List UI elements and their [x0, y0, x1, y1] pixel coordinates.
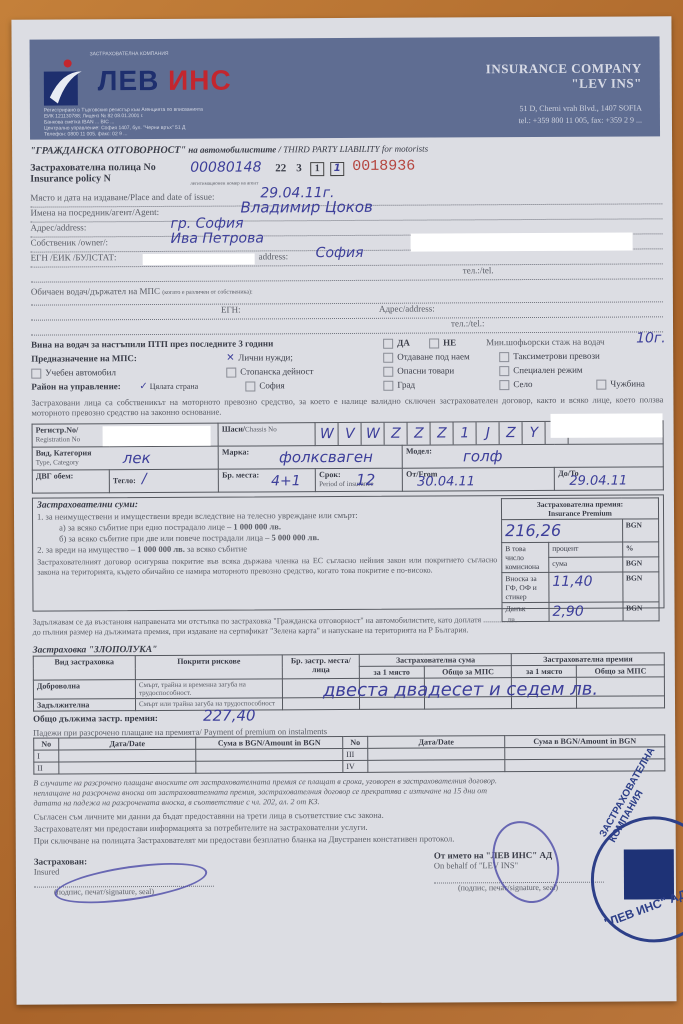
option-label: Град [397, 380, 415, 390]
col-sum-per-seat: за 1 място [359, 666, 424, 678]
sums-line1b: б) за всяко събитие при две или повече п… [59, 532, 269, 543]
brand-ins: ИНС [168, 65, 232, 96]
chassis-char: 1 [454, 422, 477, 444]
contact-line: tel.: +359 800 11 005, fax: +359 2 9 ... [519, 114, 642, 127]
vehicle-table: Регистр.No/ Registration No Шаси/Chassis… [32, 420, 664, 493]
purpose-option[interactable]: Специален режим [499, 365, 582, 376]
chassis-char: Z [431, 422, 454, 444]
amount-in-words: двеста двадесет и седем лв. [323, 679, 598, 701]
sums-line1a: а) за всяко събитие при едно пострадало … [59, 522, 231, 533]
registration-cell: Регистр.No/ Registration No [32, 423, 218, 447]
policy-number-handwritten: 00080148 [190, 159, 261, 175]
purpose-label: Предназначение на МПС: [31, 353, 137, 364]
sum-label: сума [549, 557, 623, 572]
driver-label: Обичаен водач/държател на МПС [31, 286, 160, 297]
policy-number-row: Застрахователна полица No Insurance poli… [30, 159, 662, 192]
instalment-notes: В случаите на разсрочено плащане вноскит… [33, 775, 665, 808]
reg-label: Регистр.No/ [36, 425, 79, 434]
percent-label: процент [549, 542, 623, 557]
purpose-option[interactable]: Учебен автомобил [31, 367, 116, 378]
company-name-en: INSURANCE COMPANY "LEV INS" [486, 60, 642, 91]
checkbox[interactable] [383, 381, 393, 391]
row-type: Задължителна [33, 699, 135, 712]
option-label: Село [513, 379, 532, 389]
instalment-no: IV [343, 760, 368, 772]
sums-line1b-amount: 5 000 000 лв. [272, 532, 320, 542]
chassis-char: W [362, 423, 385, 445]
seats-label: Бр. места: [222, 470, 259, 479]
address-label: Адрес/address: [30, 222, 86, 232]
driver-fault-label: Вина на водач за настъпили ПТП през посл… [31, 338, 273, 349]
redacted-registration [103, 426, 211, 447]
driver-address-label: Адрес/address: [379, 304, 435, 314]
weight-value: / [142, 471, 147, 487]
title-bg-suffix: на автомобилистите / [188, 144, 281, 154]
yes-label: ДА [397, 338, 410, 348]
brand-name: ЛЕВ ИНС [98, 65, 232, 98]
green-card-note: Задължавам се да възстановя направената … [33, 614, 665, 637]
signatures: Застрахован: Insured (подпис, печат/sign… [34, 849, 666, 912]
owner-value: Ива Петрова [171, 230, 264, 246]
policy-box-1: 1 [310, 162, 324, 176]
checked-x-icon[interactable]: ✕ [226, 355, 234, 363]
company-line1: INSURANCE COMPANY [486, 60, 642, 76]
checkbox[interactable] [499, 366, 509, 376]
total-label: Общо дължима застр. премия: [33, 713, 158, 724]
option-label: Лични нужди; [238, 352, 293, 362]
form-title: "ГРАЖДАНСКА ОТГОВОРНОСТ" на автомобилист… [30, 142, 662, 156]
from-value: 30.04.11 [417, 474, 475, 489]
policy-serial-number: 0018936 [352, 158, 415, 175]
option-label: София [259, 380, 284, 390]
weight-cell: Тегло:/ [109, 469, 218, 493]
term-cell: Срок:Period of insurance12 [316, 468, 403, 491]
seats-value: 4+1 [271, 473, 301, 489]
checkbox[interactable] [499, 352, 509, 362]
fault-yes-option[interactable]: ДА [383, 338, 410, 349]
owner-address-label: address: [259, 251, 289, 261]
make-value: фолксваген [279, 448, 373, 466]
reg-line: Телефон: 0800 11 005, факс: 02 9 ... [44, 131, 203, 138]
agent-label: Имена на посредник/агент/Agent: [30, 207, 159, 218]
fund-value: 11,40 [552, 574, 592, 590]
no-label: НЕ [443, 337, 456, 347]
instalment-no: I [34, 750, 59, 762]
engine-label: ДВГ обем: [36, 471, 74, 480]
currency: BGN [622, 557, 658, 572]
col-date: Дата/Date [368, 736, 505, 749]
region-option[interactable]: ✓ Цялата страна [139, 381, 198, 392]
region-option[interactable]: Град [383, 380, 415, 391]
type-value: лек [123, 449, 151, 467]
driver-tel-label: тел.:/tel.: [451, 318, 484, 328]
driver-note: (когато е различен от собственика): [162, 289, 253, 295]
title-bg: "ГРАЖДАНСКА ОТГОВОРНОСТ" [30, 145, 186, 157]
premium-title-cell: Застрахователна премия:Insurance Premium [501, 498, 658, 520]
col-no: No [34, 738, 59, 750]
option-label: Учебен автомобил [45, 367, 116, 377]
type-label-en: Type, Category [36, 458, 79, 466]
chassis-char: Z [408, 423, 431, 445]
col-type: Вид застраховка [33, 656, 135, 681]
term-label: Срок: [319, 470, 341, 479]
checkbox[interactable] [383, 367, 393, 377]
option-label: Таксиметрови превози [513, 351, 600, 361]
col-premium-total: Общо за МПС [577, 665, 665, 677]
chassis-label-en: Chassis No [245, 425, 277, 433]
total-value: 227,40 [203, 706, 256, 724]
col-seats: Бр. застр. места/лица [282, 654, 359, 678]
reg-label-en: Registration No [36, 435, 81, 443]
owner-label: Собственик /owner/: [31, 237, 109, 247]
instalment-no: III [343, 748, 368, 760]
company-line2: "LEV INS" [486, 75, 642, 91]
premium-value: 216,26 [505, 521, 561, 540]
row-risks: Смърт, трайна и временна загуба на трудо… [135, 679, 282, 699]
purpose-section: Предназначение на МПС: ✕Лични нужди; Отд… [31, 350, 663, 395]
min-experience-value: 10г. [636, 330, 666, 346]
checkbox[interactable] [383, 339, 393, 349]
sums-premium-block: Застрахователни суми: 1. за неимуществен… [32, 494, 665, 611]
purpose-option[interactable]: Отдаване под наем [383, 351, 470, 362]
insured-signature-block: Застрахован: Insured (подпис, печат/sign… [34, 856, 214, 897]
chassis-char: V [339, 423, 362, 445]
commission-label: В това число комисиона [502, 542, 549, 572]
checkbox[interactable] [429, 338, 439, 348]
checkbox[interactable] [245, 381, 255, 391]
sums-line2: 2. за вреди на имущество – [37, 544, 135, 555]
option-label: Специален режим [513, 365, 582, 375]
company-stamp: ЗАСТРАХОВАТЕЛНА КОМПАНИЯ "ЛЕВ ИНС" АД [591, 816, 683, 943]
egn-label: ЕГН /ЕИК /БУЛСТАТ: [31, 252, 117, 262]
option-label: Стопанска дейност [240, 366, 313, 376]
brand-lev: ЛЕВ [98, 65, 160, 96]
premium-title-en: Insurance Premium [505, 508, 655, 518]
declarations: Съгласен съм личните ми данни да бъдат п… [34, 807, 666, 846]
currency: BGN [622, 519, 658, 542]
type-label: Вид, Категория [36, 448, 92, 457]
chassis-char: W [316, 423, 339, 445]
policy-label-en: Insurance policy N [30, 173, 156, 185]
green-card-text2: до пълния размер на дължимата премия, пр… [33, 625, 469, 636]
type-cell: Вид, Категория Type, Category лек [32, 446, 218, 470]
engine-cell: ДВГ обем: [32, 470, 109, 493]
driver-egn-label: ЕГН: [221, 305, 241, 315]
col-premium-per-seat: за 1 място [512, 665, 577, 677]
chassis-char: Y [523, 422, 546, 444]
address-line: 51 D, Cherni vrah Blvd., 1407 SOFIA [518, 102, 641, 115]
purpose-option[interactable]: Опасни товари [383, 365, 454, 376]
col-amount: Сума в BGN/Amount in BGN [196, 737, 343, 750]
purpose-option[interactable]: Таксиметрови превози [499, 351, 600, 362]
fund-label: Вноска за ГФ, ОФ и стикер [502, 572, 549, 602]
to-cell: До/To29.04.11 [555, 467, 664, 491]
percent-unit: % [622, 542, 658, 557]
owner-address-value: София [316, 245, 364, 261]
lev-ins-logo-icon [44, 57, 94, 107]
policy-code-b: 3 [296, 162, 302, 174]
agent-value: Владимир Цоков [240, 198, 373, 217]
model-label: Модел: [406, 447, 432, 456]
form-body: "ГРАЖДАНСКА ОТГОВОРНОСТ" на автомобилист… [30, 140, 666, 912]
premium-table: Застрахователна премия:Insurance Premium… [501, 497, 660, 622]
redacted-chassis-tail [550, 413, 662, 438]
registration-info: Регистрирано в Търговския регистър към А… [44, 107, 203, 138]
checkbox[interactable] [596, 380, 606, 390]
instalments-table: No Дата/Date Сума в BGN/Amount in BGN No… [33, 734, 665, 774]
insurance-policy-document: ЗАСТРАХОВАТЕЛНА КОМПАНИЯ ЛЕВ ИНС Регистр… [11, 16, 676, 1004]
green-card-unit: лв. [507, 615, 517, 624]
tel-row: тел.:/tel. [31, 264, 663, 282]
protocol-text: При сключване на полицата Застрахователя… [34, 831, 666, 846]
to-value: 29.04.11 [569, 474, 627, 489]
chassis-label-cell: Шаси/Chassis No [218, 423, 315, 447]
option-label: Опасни товари [397, 365, 454, 375]
redacted-egn [143, 253, 255, 265]
company-address: 51 D, Cherni vrah Blvd., 1407 SOFIA tel.… [518, 102, 642, 127]
col-date: Дата/Date [59, 737, 196, 750]
checked-v-icon[interactable]: ✓ [139, 381, 147, 392]
chassis-char: Z [385, 423, 408, 445]
driver-tel-row: тел.:/tel.: [31, 317, 663, 335]
purpose-option[interactable]: Стопанска дейност [226, 366, 313, 377]
col-risks: Покрити рискове [135, 655, 282, 680]
table-row: II IV [34, 759, 665, 774]
fault-no-option[interactable]: НЕ [429, 337, 456, 348]
policy-label-bg: Застрахователна полица No [30, 162, 156, 174]
checkbox[interactable] [226, 367, 236, 377]
weight-label: Тегло: [113, 476, 136, 485]
title-en: THIRD PARTY LIABILITY for motorists [283, 144, 428, 155]
region-option[interactable]: Чужбина [596, 378, 645, 389]
col-premium: Застрахователна премия [512, 653, 665, 666]
sums-line1a-amount: 1 000 000 лв. [233, 521, 281, 531]
chassis-value-cell: WVWZZZ1JZYW [315, 421, 663, 446]
chassis-char: Z [500, 422, 523, 444]
region-label: Район на управление: [31, 381, 120, 391]
col-sum-total: Общо за МПС [424, 666, 512, 678]
purpose-option[interactable]: ✕Лични нужди; [226, 352, 293, 362]
col-amount: Сума в BGN/Amount in BGN [505, 735, 665, 748]
term-value: 12 [356, 471, 375, 489]
agent-id-caption: легитимационен номер на агент [190, 181, 258, 186]
checkbox[interactable] [499, 380, 509, 390]
col-sum-insured: Застрахователна сума [359, 654, 512, 667]
tel-label: тел.:/tel. [463, 265, 494, 275]
model-cell: Модел: голф [402, 444, 663, 468]
from-cell: От/From30.04.11 [403, 467, 555, 491]
chassis-label: Шаси/ [222, 425, 245, 434]
insurer-signature-block: От името на "ЛЕВ ИНС" АД On behalf of "L… [434, 850, 604, 893]
model-value: голф [463, 447, 503, 465]
make-cell: Марка: фолксваген [218, 445, 402, 469]
region-option[interactable]: Село [499, 379, 532, 390]
instalment-no: II [34, 762, 59, 774]
row-type: Доброволна [33, 680, 135, 700]
min-experience-label: Мин.шофьорски стаж на водач [486, 337, 604, 348]
checkbox[interactable] [31, 369, 41, 379]
policy-code-a: 22 [275, 162, 286, 174]
sums-line2-amount: 1 000 000 лв. [137, 544, 185, 554]
sums-line2-suffix: за всяко събитие [187, 544, 247, 554]
currency: BGN [622, 572, 659, 602]
make-label: Марка: [222, 447, 249, 456]
checkbox[interactable] [383, 353, 393, 363]
col-no: No [343, 736, 368, 748]
eu-coverage-text: Застрахователният договор осигурява покр… [37, 555, 497, 577]
address-value: гр. София [170, 216, 243, 232]
note-line: датата на падежа на разсрочената вноска,… [34, 795, 666, 808]
policy-box-2: 1 [330, 162, 344, 176]
chassis-char: J [477, 422, 500, 444]
insured-sums: Застрахователни суми: 1. за неимуществен… [37, 498, 497, 577]
option-label: Отдаване под наем [397, 351, 470, 361]
premium-value-cell: 216,26 [502, 519, 623, 543]
option-label: Чужбина [610, 378, 645, 388]
option-label: Цялата страна [150, 382, 199, 391]
seats-cell: Бр. места:4+1 [219, 469, 316, 493]
brand-tagline: ЗАСТРАХОВАТЕЛНА КОМПАНИЯ [90, 51, 169, 57]
region-option[interactable]: София [245, 380, 284, 391]
company-header: ЗАСТРАХОВАТЕЛНА КОМПАНИЯ ЛЕВ ИНС Регистр… [30, 36, 661, 139]
place-date-label: Място и дата на издаване/Place and date … [30, 192, 214, 203]
